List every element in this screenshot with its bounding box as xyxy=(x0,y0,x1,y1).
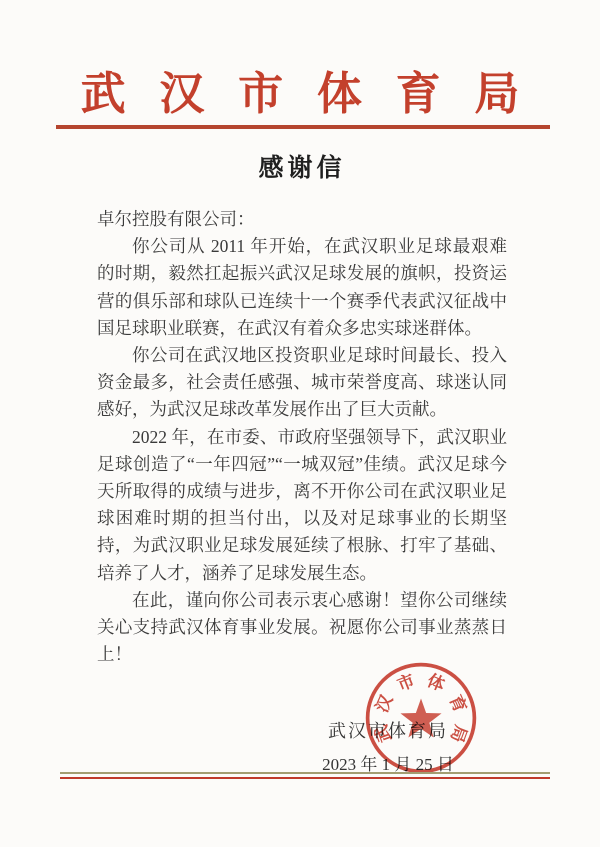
svg-text:汉: 汉 xyxy=(372,691,397,715)
letter-body: 卓尔控股有限公司： 你公司从 2011 年开始，在武汉职业足球最艰难的时期，毅然… xyxy=(97,206,507,668)
svg-text:体: 体 xyxy=(425,670,448,695)
footer-divider xyxy=(60,772,550,779)
letter-paragraph: 你公司从 2011 年开始，在武汉职业足球最艰难的时期，毅然扛起振兴武汉足球发展… xyxy=(97,233,507,342)
footer-thin-rule xyxy=(60,772,550,774)
letterhead-divider xyxy=(56,125,550,129)
footer-red-rule xyxy=(60,777,550,780)
svg-text:市: 市 xyxy=(394,670,417,695)
salutation: 卓尔控股有限公司： xyxy=(97,206,507,233)
letter-paragraph: 在此，谨向你公司表示衷心感谢！望你公司继续关心支持武汉体育事业发展。祝愿你公司事… xyxy=(97,587,507,669)
letterhead-title: 武汉市体育局 xyxy=(0,57,600,122)
letter-paragraph: 2022 年，在市委、市政府坚强领导下，武汉职业足球创造了“一年四冠”“一城双冠… xyxy=(97,424,507,587)
letter-title: 感谢信 xyxy=(0,148,600,184)
signature-block: 武汉市体育局 2023 年 1 月 25 日 xyxy=(288,717,488,775)
svg-text:育: 育 xyxy=(446,692,471,716)
signature-name: 武汉市体育局 xyxy=(288,717,488,743)
letter-paragraph: 你公司在武汉地区投资职业足球时间最长、投入资金最多，社会责任感强、城市荣誉度高、… xyxy=(97,342,507,424)
letter-page: 武汉市体育局 感谢信 卓尔控股有限公司： 你公司从 2011 年开始，在武汉职业… xyxy=(0,0,600,847)
